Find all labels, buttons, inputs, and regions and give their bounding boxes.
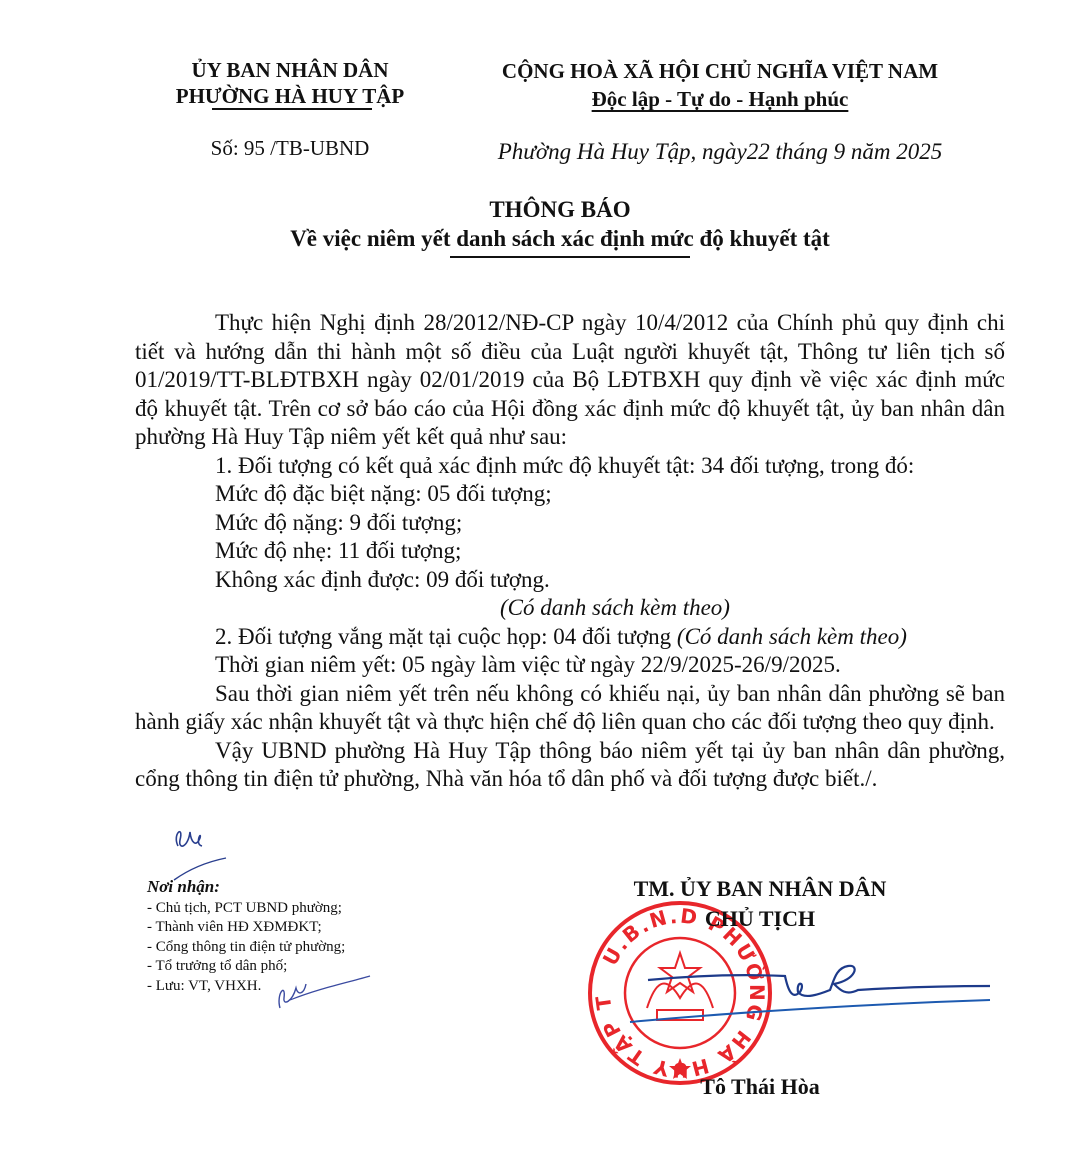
signer-name: Tô Thái Hòa <box>660 1074 860 1100</box>
signature-block: TM. ỦY BAN NHÂN DÂN CHỦ TỊCH <box>580 874 940 934</box>
document-body: Thực hiện Nghị định 28/2012/NĐ-CP ngày 1… <box>135 309 1005 794</box>
item-2-text: 2. Đối tượng vắng mặt tại cuộc họp: 04 đ… <box>215 624 677 649</box>
level-undetermined: Không xác định được: 09 đối tượng. <box>135 566 1005 595</box>
recipient-item: - Thành viên HĐ XĐMĐKT; <box>147 918 447 938</box>
document-title: THÔNG BÁO <box>160 197 960 223</box>
recipient-item: - Chủ tịch, PCT UBND phường; <box>147 899 447 919</box>
attached-list-note: (Có danh sách kèm theo) <box>135 594 1005 623</box>
posting-time: Thời gian niêm yết: 05 ngày làm việc từ … <box>135 651 1005 680</box>
document-number: Số: 95 /TB-UBND <box>140 136 440 161</box>
national-motto: Độc lập - Tự do - Hạnh phúc <box>592 87 849 111</box>
closing-paragraph: Vậy UBND phường Hà Huy Tập thông báo niê… <box>135 737 1005 794</box>
issuer-block: ỦY BAN NHÂN DÂN PHƯỜNG HÀ HUY TẬP <box>140 57 440 109</box>
item-2-note: (Có danh sách kèm theo) <box>677 624 907 649</box>
nation-line: CỘNG HOÀ XÃ HỘI CHỦ NGHĨA VIỆT NAM <box>460 57 980 85</box>
issuer-line2: PHƯỜNG HÀ HUY TẬP <box>140 83 440 109</box>
signer-position: CHỦ TỊCH <box>580 904 940 934</box>
issuer-line1: ỦY BAN NHÂN DÂN <box>140 57 440 83</box>
place-date: Phường Hà Huy Tập, ngày22 tháng 9 năm 20… <box>460 139 980 165</box>
level-mild: Mức độ nhẹ: 11 đối tượng; <box>135 537 1005 566</box>
item-1: 1. Đối tượng có kết quả xác định mức độ … <box>135 452 1005 481</box>
national-header: CỘNG HOÀ XÃ HỘI CHỦ NGHĨA VIỆT NAM Độc l… <box>460 57 980 113</box>
handwritten-signature-icon <box>620 960 1000 1040</box>
on-behalf-label: TM. ỦY BAN NHÂN DÂN <box>580 874 940 904</box>
after-posting-paragraph: Sau thời gian niêm yết trên nếu không có… <box>135 680 1005 737</box>
item-2: 2. Đối tượng vắng mặt tại cuộc họp: 04 đ… <box>135 623 1005 652</box>
level-extreme: Mức độ đặc biệt nặng: 05 đối tượng; <box>135 480 1005 509</box>
level-severe: Mức độ nặng: 9 đối tượng; <box>135 509 1005 538</box>
recipients-title: Nơi nhận: <box>147 877 447 897</box>
issuer-underline <box>212 108 372 110</box>
document-subject: Về việc niêm yết danh sách xác định mức … <box>160 226 960 252</box>
recipients-initials-icon <box>270 966 380 1016</box>
intro-paragraph: Thực hiện Nghị định 28/2012/NĐ-CP ngày 1… <box>135 309 1005 452</box>
subject-underline <box>450 256 690 258</box>
recipient-item: - Cổng thông tin điện tử phường; <box>147 938 447 958</box>
